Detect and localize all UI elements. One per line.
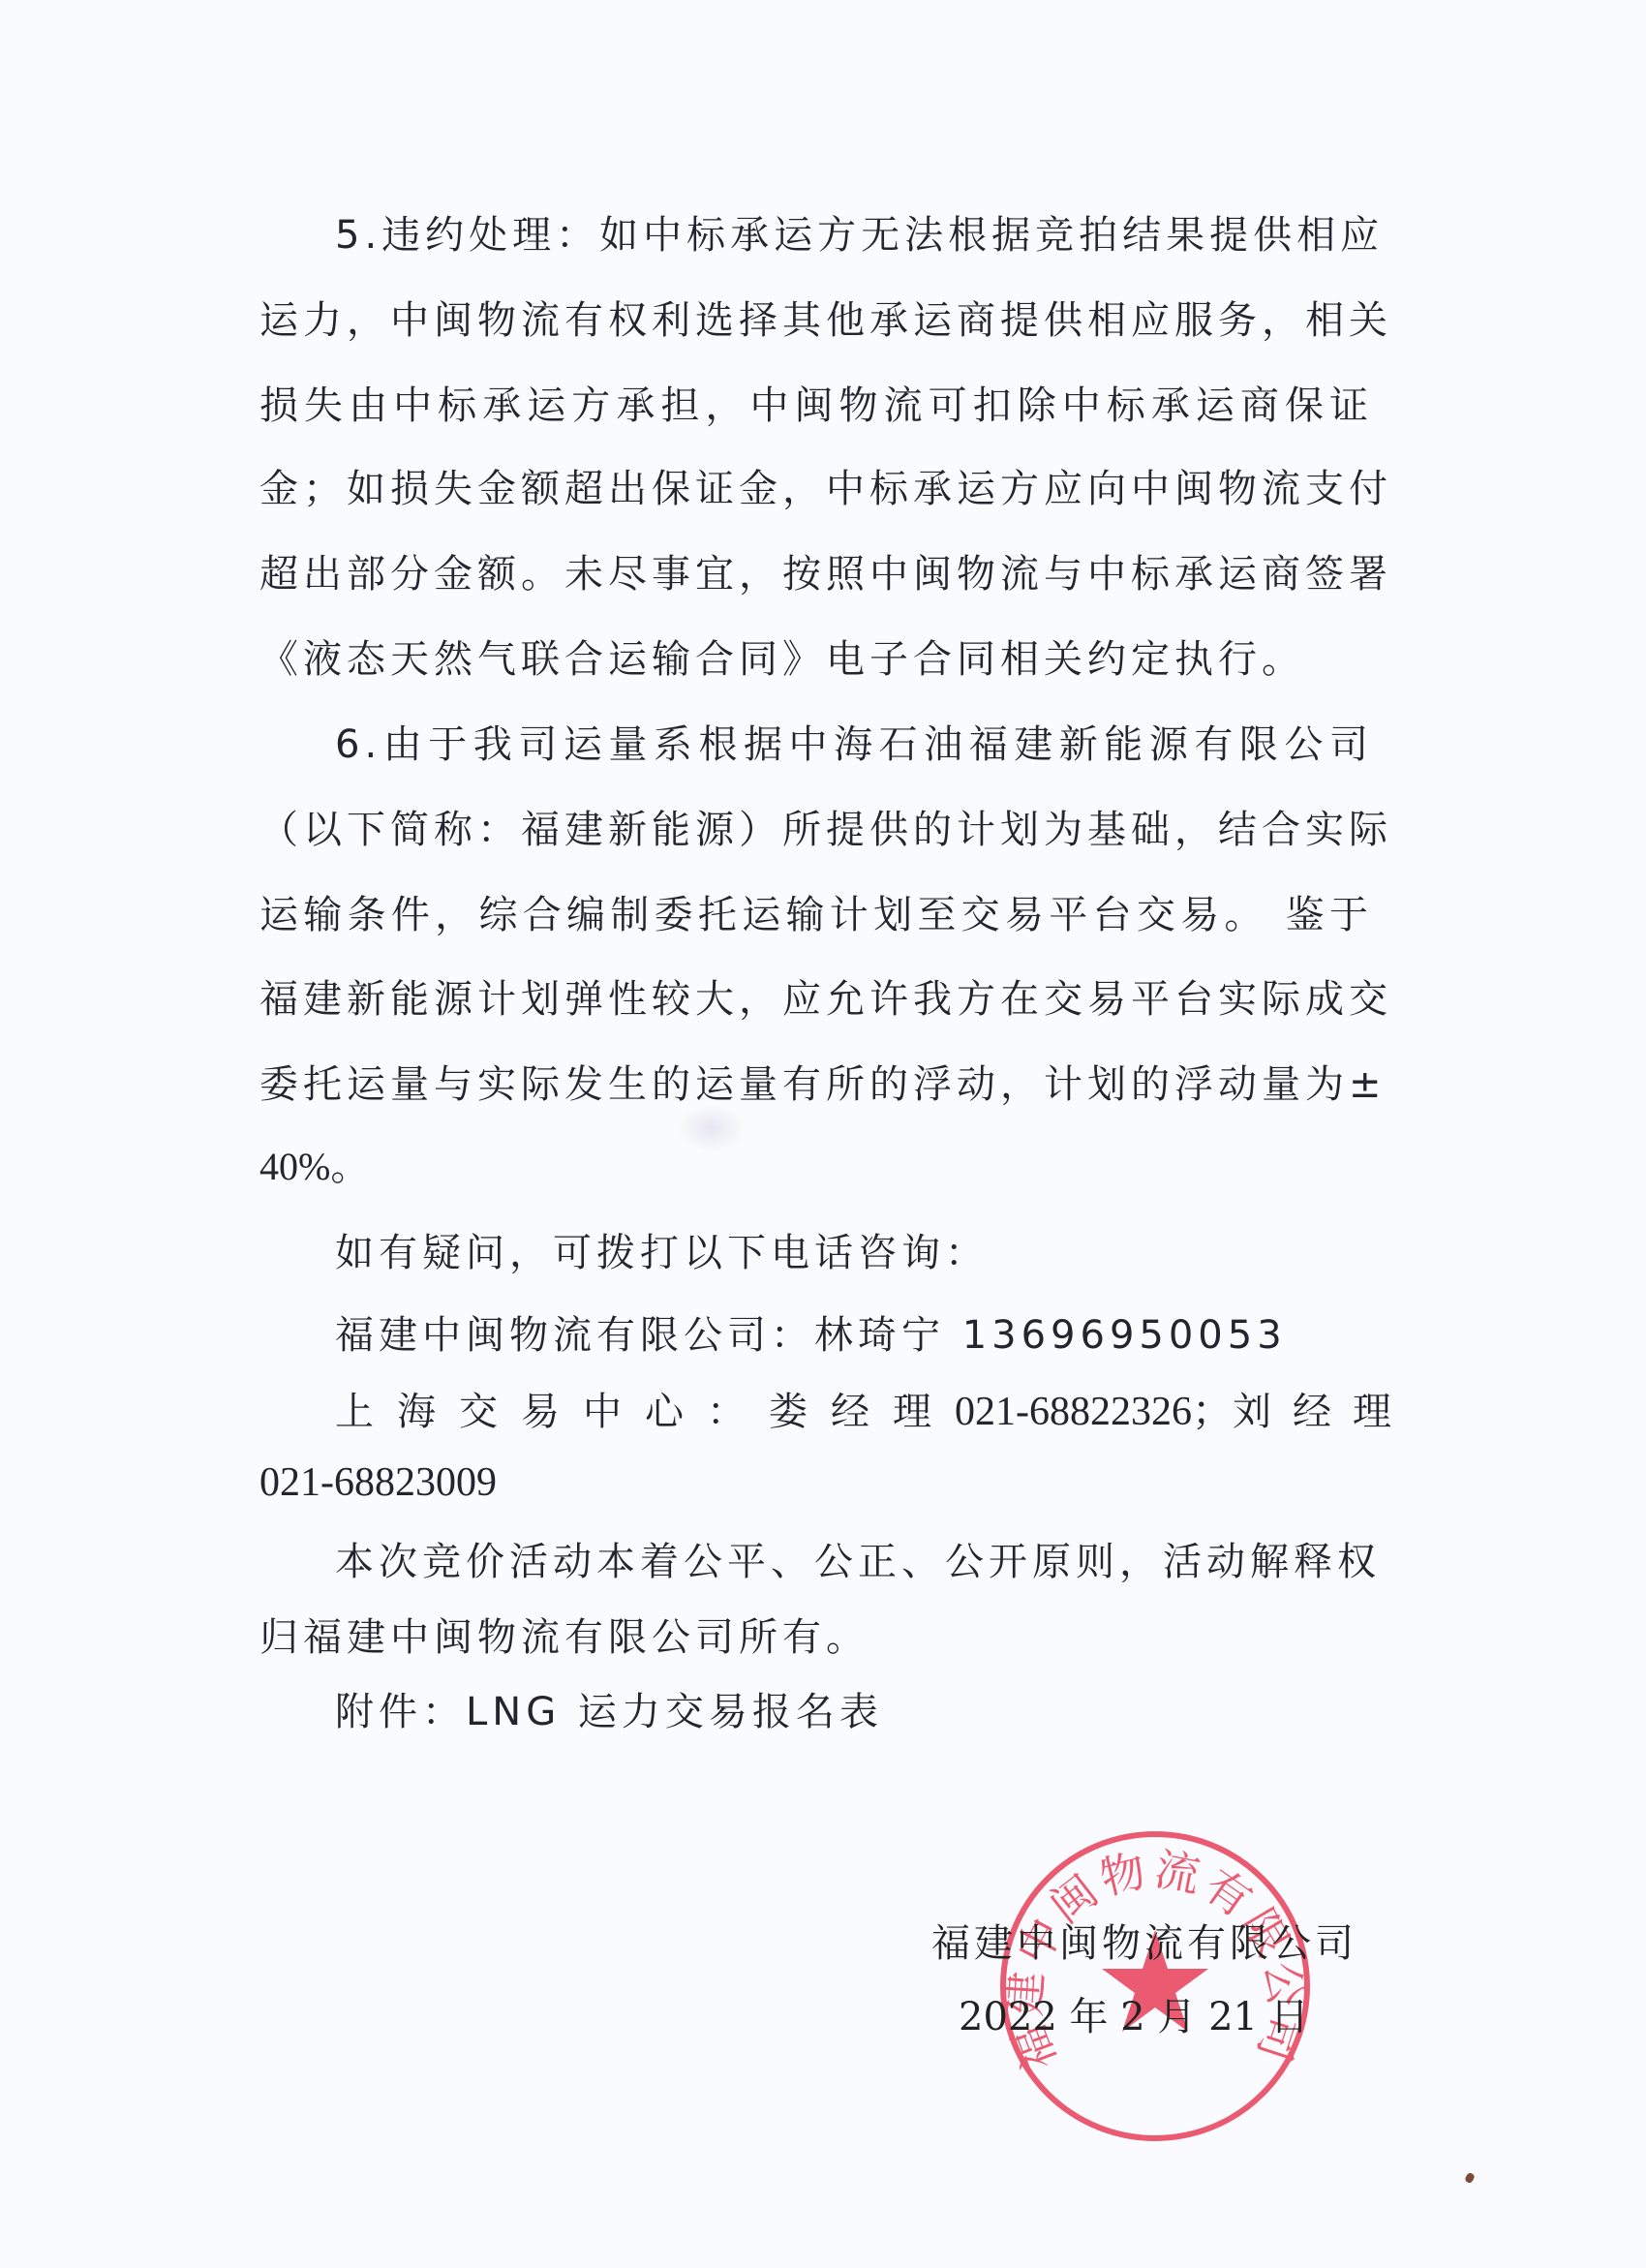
- signature-company: 福建中闽物流有限公司: [931, 1921, 1357, 1966]
- contact-shanghai: 上海交易中心：娄经理 021-68822326； 刘经理: [335, 1390, 1373, 1434]
- para6-line-6: 40%。: [259, 1145, 1373, 1189]
- closing-line-2: 归福建中闽物流有限公司所有。: [259, 1615, 1373, 1660]
- shanghai-phone-1: 021-68822326；: [955, 1390, 1233, 1434]
- shanghai-prefix: 上海交易中心：娄经理: [335, 1390, 955, 1434]
- para6-line-4: 福建新能源计划弹性较大，应允许我方在交易平台实际成交: [259, 977, 1373, 1022]
- para5-line-1: 5.违约处理：如中标承运方无法根据竞拍结果提供相应: [335, 213, 1373, 258]
- closing-line-1: 本次竞价活动本着公平、公正、公开原则，活动解释权: [335, 1540, 1373, 1584]
- para5-line-3: 损失由中标承运方承担，中闽物流可扣除中标承运商保证: [259, 383, 1373, 428]
- document-page: 5.违约处理：如中标承运方无法根据竞拍结果提供相应 运力，中闽物流有权利选择其他…: [0, 0, 1646, 2268]
- para5-line-2: 运力，中闽物流有权利选择其他承运商提供相应服务，相关: [259, 298, 1373, 343]
- scan-speck: [1464, 2172, 1476, 2185]
- shanghai-phone-2: 021-68823009: [259, 1460, 1373, 1505]
- para6-line-2: （以下简称：福建新能源）所提供的计划为基础，结合实际: [259, 808, 1373, 852]
- para6-line-1: 6.由于我司运量系根据中海石油福建新能源有限公司: [335, 722, 1373, 767]
- contact-company: 福建中闽物流有限公司：林琦宁 13696950053: [335, 1313, 1373, 1358]
- para5-line-6: 《液态天然气联合运输合同》电子合同相关约定执行。: [259, 637, 1373, 682]
- para5-line-4: 金；如损失金额超出保证金，中标承运方应向中闽物流支付: [259, 467, 1373, 511]
- company-seal-stamp: 福建中闽物流有限公司: [997, 1828, 1313, 2144]
- signature-date: 2022 年 2 月 21 日: [959, 1995, 1309, 2039]
- shanghai-second-contact: 刘经理: [1233, 1390, 1413, 1434]
- attachment-line: 附件：LNG 运力交易报名表: [335, 1690, 1373, 1734]
- para5-line-5: 超出部分金额。未尽事宜，按照中闽物流与中标承运商签署: [259, 552, 1373, 597]
- para6-line-3: 运输条件，综合编制委托运输计划至交易平台交易。 鉴于: [259, 893, 1373, 937]
- contact-intro: 如有疑问，可拨打以下电话咨询：: [335, 1231, 1373, 1275]
- para6-line-5: 委托运量与实际发生的运量有所的浮动，计划的浮动量为±: [259, 1062, 1373, 1107]
